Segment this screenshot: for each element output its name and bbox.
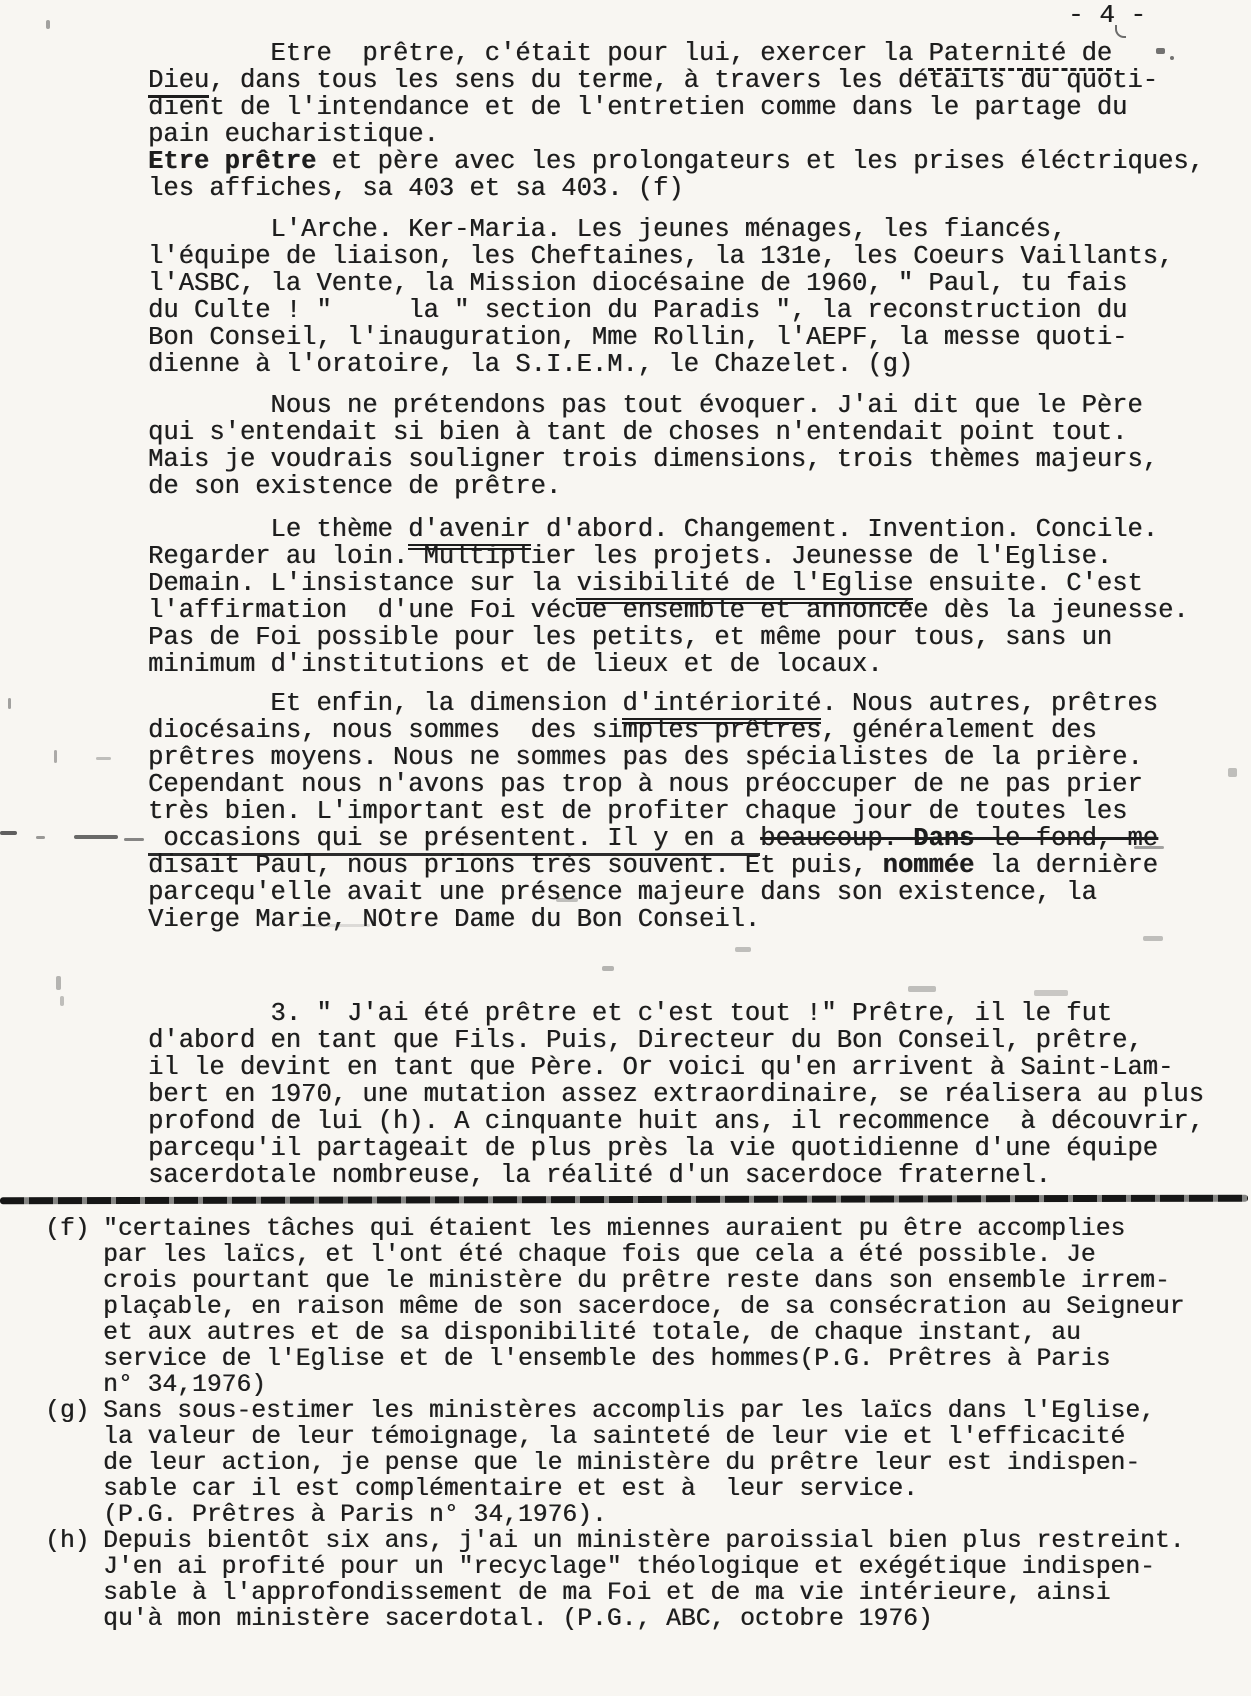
scan-artifact	[1228, 768, 1237, 777]
scan-artifact	[124, 838, 144, 841]
text-segment: de son existence de prêtre.	[148, 472, 561, 501]
text-line: qui s'entendait si bien à tant de choses…	[148, 419, 1158, 446]
text-segment: Le thème	[148, 515, 408, 544]
text-segment: d'abord en tant que Fils. Puis, Directeu…	[148, 1026, 1143, 1055]
text-line: L'Arche. Ker-Maria. Les jeunes ménages, …	[148, 216, 1173, 243]
text-segment: parcequ'elle avait une présence majeure …	[148, 878, 1097, 907]
text-segment: le fond, me	[974, 824, 1158, 853]
scan-artifact	[60, 996, 64, 1006]
text-line: sacerdotale nombreuse, la réalité d'un s…	[148, 1162, 1204, 1189]
text-segment: Dans	[913, 824, 974, 853]
scan-artifact	[36, 836, 45, 839]
text-line: l'ASBC, la Vente, la Mission diocésaine …	[148, 270, 1173, 297]
text-line: Etre prêtre, c'était pour lui, exercer l…	[148, 40, 1204, 67]
text-segment: pain eucharistique.	[148, 120, 439, 149]
text-line: les affiches, sa 403 et sa 403. (f)	[148, 175, 1204, 202]
text-segment: . Nous autres, prêtres	[821, 689, 1158, 718]
text-line: Bon Conseil, l'inauguration, Mme Rollin,…	[148, 324, 1173, 351]
text-segment: l'équipe de liaison, les Cheftaines, la …	[148, 242, 1173, 271]
text-segment: sacerdotale nombreuse, la réalité d'un s…	[148, 1161, 1051, 1190]
text-line: Sans sous-estimer les ministères accompl…	[103, 1398, 1155, 1424]
text-line: Depuis bientôt six ans, j'ai un ministèr…	[103, 1528, 1185, 1554]
text-line: très bien. L'important est de profiter c…	[148, 798, 1158, 825]
text-line: pain eucharistique.	[148, 121, 1204, 148]
scan-artifact	[46, 20, 50, 29]
scan-artifact	[54, 750, 57, 763]
scan-artifact	[300, 924, 370, 927]
text-segment: les affiches, sa 403 et sa 403. (f)	[148, 174, 684, 203]
text-line: (P.G. Prêtres à Paris n° 34,1976).	[103, 1502, 1155, 1528]
text-line: diocésains, nous sommes des simples prêt…	[148, 717, 1158, 744]
text-line: et aux autres et de sa disponibilité tot…	[103, 1320, 1185, 1346]
text-line: parcequ'il partageait de plus près la vi…	[148, 1135, 1204, 1162]
text-segment: Demain. L'insistance sur la	[148, 569, 576, 598]
text-line: Regarder au loin. Multiplier les projets…	[148, 543, 1189, 570]
text-line: n° 34,1976)	[103, 1372, 1185, 1398]
text-line: Et enfin, la dimension d'intériorité. No…	[148, 690, 1158, 717]
text-segment: très bien. L'important est de profiter c…	[148, 797, 1127, 826]
scan-artifact	[8, 698, 11, 709]
text-segment: profond de lui (h). A cinquante huit ans…	[148, 1107, 1204, 1136]
text-line: 3. " J'ai été prêtre et c'est tout !" Pr…	[148, 1000, 1204, 1027]
footnote-text: Sans sous-estimer les ministères accompl…	[103, 1398, 1155, 1528]
text-line: l'affirmation d'une Foi vécue ensemble e…	[148, 597, 1189, 624]
text-line: Vierge Marie, NOtre Dame du Bon Conseil.	[148, 906, 1158, 933]
text-segment: L'Arche. Ker-Maria. Les jeunes ménages, …	[148, 215, 1066, 244]
text-line: Demain. L'insistance sur la visibilité d…	[148, 570, 1189, 597]
text-segment: d'abord. Changement. Invention. Concile.	[531, 515, 1158, 544]
text-segment: disait Paul, nous prions très souvent. E…	[148, 851, 883, 880]
text-line: "certaines tâches qui étaient les mienne…	[103, 1216, 1185, 1242]
text-line: parcequ'elle avait une présence majeure …	[148, 879, 1158, 906]
text-segment: il le devint en tant que Père. Or voici …	[148, 1053, 1173, 1082]
text-segment: parcequ'il partageait de plus près la vi…	[148, 1134, 1158, 1163]
paragraph: 3. " J'ai été prêtre et c'est tout !" Pr…	[148, 1000, 1204, 1189]
text-line: prêtres moyens. Nous ne sommes pas des s…	[148, 744, 1158, 771]
scan-artifact	[556, 898, 578, 902]
text-segment: diocésains, nous sommes des simples prêt…	[148, 716, 1097, 745]
text-segment: l'ASBC, la Vente, la Mission diocésaine …	[148, 269, 1127, 298]
text-segment: qui s'entendait si bien à tant de choses…	[148, 418, 1127, 447]
paragraph: Etre prêtre, c'était pour lui, exercer l…	[148, 40, 1204, 202]
text-line: J'en ai profité pour un "recyclage" théo…	[103, 1554, 1185, 1580]
text-line: sable car il est complémentaire et est à…	[103, 1476, 1155, 1502]
document-page: - 4 - Etre prêtre, c'était pour lui, exe…	[0, 0, 1251, 1696]
text-segment: dient de l'intendance et de l'entretien …	[148, 93, 1127, 122]
text-segment: Mais je voudrais souligner trois dimensi…	[148, 445, 1158, 474]
text-line: Cependant nous n'avons pas trop à nous p…	[148, 771, 1158, 798]
text-line: de leur action, je pense que le ministèr…	[103, 1450, 1155, 1476]
text-line: qu'à mon ministère sacerdotal. (P.G., AB…	[103, 1606, 1185, 1632]
footnote-text: Depuis bientôt six ans, j'ai un ministèr…	[103, 1528, 1185, 1632]
scan-artifact	[0, 831, 17, 835]
text-line: Pas de Foi possible pour les petits, et …	[148, 624, 1189, 651]
text-segment: bert en 1970, une mutation assez extraor…	[148, 1080, 1204, 1109]
text-line: d'abord en tant que Fils. Puis, Directeu…	[148, 1027, 1204, 1054]
text-segment: du Culte ! " la " section du Paradis ", …	[148, 296, 1127, 325]
footnote-label: (h)	[45, 1528, 103, 1554]
text-segment: , dans tous les sens du terme, à travers…	[209, 66, 1158, 95]
footnote-text: "certaines tâches qui étaient les mienne…	[103, 1216, 1185, 1398]
footnotes: (f)"certaines tâches qui étaient les mie…	[45, 1216, 1185, 1632]
text-line: il le devint en tant que Père. Or voici …	[148, 1054, 1204, 1081]
text-line: la valeur de leur témoignage, la saintet…	[103, 1424, 1155, 1450]
text-segment: ensuite. C'est	[913, 569, 1143, 598]
text-segment: Vierge Marie, NOtre Dame du Bon Conseil.	[148, 905, 760, 934]
text-segment: Pas de Foi possible pour les petits, et …	[148, 623, 1112, 652]
scan-artifact	[735, 947, 751, 952]
text-line: occasions qui se présentent. Il y en a b…	[148, 825, 1158, 852]
scan-artifact	[1143, 936, 1163, 941]
text-line: service de l'Eglise et de l'ensemble des…	[103, 1346, 1185, 1372]
text-segment: et père avec les prolongateurs et les pr…	[316, 147, 1204, 176]
footnote: (g)Sans sous-estimer les ministères acco…	[45, 1398, 1185, 1528]
text-segment: Nous ne prétendons pas tout évoquer. J'a…	[148, 391, 1143, 420]
scan-artifact	[1170, 56, 1174, 60]
text-segment: l'affirmation d'une Foi vécue ensemble e…	[148, 596, 1189, 625]
text-line: Le thème d'avenir d'abord. Changement. I…	[148, 516, 1189, 543]
scan-artifact	[56, 976, 61, 990]
scan-artifact	[1115, 25, 1126, 38]
text-segment: prêtres moyens. Nous ne sommes pas des s…	[148, 743, 1143, 772]
paragraph: Nous ne prétendons pas tout évoquer. J'a…	[148, 392, 1158, 500]
footnote-label: (f)	[45, 1216, 103, 1242]
scan-artifact	[908, 986, 936, 992]
footnote-label: (g)	[45, 1398, 103, 1424]
text-line: l'équipe de liaison, les Cheftaines, la …	[148, 243, 1173, 270]
text-segment: minimum d'institutions et de lieux et de…	[148, 650, 883, 679]
text-line: profond de lui (h). A cinquante huit ans…	[148, 1108, 1204, 1135]
text-line: Nous ne prétendons pas tout évoquer. J'a…	[148, 392, 1158, 419]
text-segment: Et enfin, la dimension	[148, 689, 622, 718]
text-line: plaçable, en raison même de son sacerdoc…	[103, 1294, 1185, 1320]
paragraph: Le thème d'avenir d'abord. Changement. I…	[148, 516, 1189, 678]
scan-artifact	[74, 835, 118, 839]
text-segment: Cependant nous n'avons pas trop à nous p…	[148, 770, 1143, 799]
text-line: Etre prêtre et père avec les prolongateu…	[148, 148, 1204, 175]
text-segment: nommée	[883, 851, 975, 880]
text-segment: Bon Conseil, l'inauguration, Mme Rollin,…	[148, 323, 1127, 352]
footnote-separator-rule	[0, 1195, 1248, 1205]
page-number: - 4 -	[1068, 0, 1146, 30]
text-line: bert en 1970, une mutation assez extraor…	[148, 1081, 1204, 1108]
scan-artifact	[96, 757, 111, 760]
text-line: par les laïcs, et l'ont été chaque fois …	[103, 1242, 1185, 1268]
text-segment: Etre prêtre, c'était pour lui, exercer l…	[148, 39, 928, 68]
footnote: (f)"certaines tâches qui étaient les mie…	[45, 1216, 1185, 1398]
footnote: (h)Depuis bientôt six ans, j'ai un minis…	[45, 1528, 1185, 1632]
scan-artifact	[602, 966, 614, 971]
text-line: minimum d'institutions et de lieux et de…	[148, 651, 1189, 678]
paragraph: L'Arche. Ker-Maria. Les jeunes ménages, …	[148, 216, 1173, 378]
text-segment: la dernière	[974, 851, 1158, 880]
text-line: sable à l'approfondissement de ma Foi et…	[103, 1580, 1185, 1606]
text-line: Mais je voudrais souligner trois dimensi…	[148, 446, 1158, 473]
scan-artifact	[1156, 48, 1165, 54]
text-segment: dienne à l'oratoire, la S.I.E.M., le Cha…	[148, 350, 913, 379]
paragraph: Et enfin, la dimension d'intériorité. No…	[148, 690, 1158, 933]
text-line: de son existence de prêtre.	[148, 473, 1158, 500]
text-segment: 3. " J'ai été prêtre et c'est tout !" Pr…	[148, 999, 1112, 1028]
text-line: du Culte ! " la " section du Paradis ", …	[148, 297, 1173, 324]
scan-artifact	[1134, 846, 1164, 849]
text-segment: Etre prêtre	[148, 147, 316, 176]
text-line: Dieu, dans tous les sens du terme, à tra…	[148, 67, 1204, 94]
text-line: dient de l'intendance et de l'entretien …	[148, 94, 1204, 121]
scan-artifact	[1034, 990, 1068, 996]
text-line: disait Paul, nous prions très souvent. E…	[148, 852, 1158, 879]
text-segment: beaucoup.	[760, 824, 913, 853]
text-segment: Regarder au loin. Multiplier les projets…	[148, 542, 1112, 571]
text-line: crois pourtant que le ministère du prêtr…	[103, 1268, 1185, 1294]
text-line: dienne à l'oratoire, la S.I.E.M., le Cha…	[148, 351, 1173, 378]
